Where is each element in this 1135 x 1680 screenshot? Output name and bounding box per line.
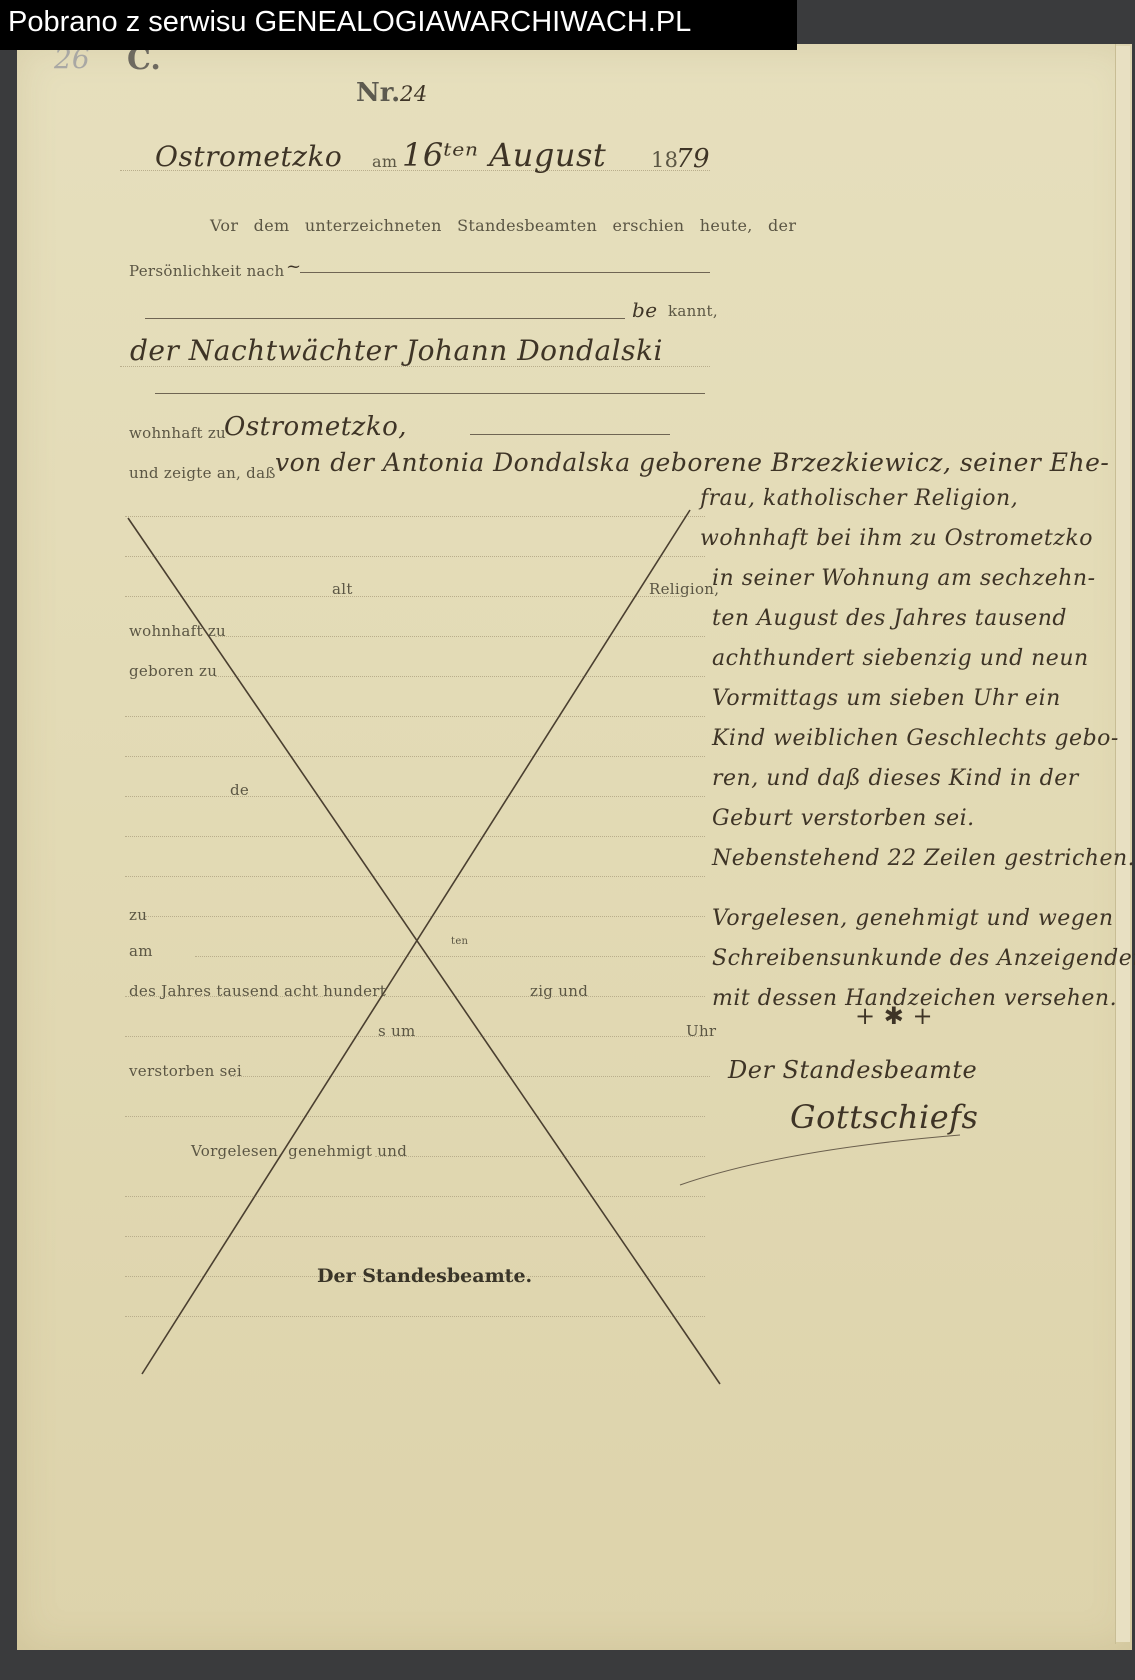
margin-note-line: Vormittags um sieben Uhr ein — [712, 686, 1061, 711]
margin-note-line: frau, katholischer Religion, — [700, 486, 1018, 511]
official-title-handwritten: Der Standesbeamte — [728, 1056, 977, 1084]
margin-note-line: Schreibensunkunde des Anzeigenden — [712, 946, 1135, 971]
margin-note-line: Nebenstehend 22 Zeilen gestrichen. — [712, 846, 1135, 871]
download-watermark: Pobrano z serwisu GENEALOGIAWARCHIWACH.P… — [0, 0, 797, 50]
margin-note-line: achthundert siebenzig und neun — [712, 646, 1089, 671]
official-signature: Gottschiefs — [790, 1098, 978, 1136]
handmarks-crosses: + ✱ + — [855, 1002, 933, 1030]
margin-note-line: ten August des Jahres tausend — [712, 606, 1067, 631]
strike-through-cross — [0, 0, 1135, 1680]
margin-note-line: wohnhaft bei ihm zu Ostrometzko — [700, 526, 1093, 551]
margin-note-line: Kind weiblichen Geschlechts gebo- — [712, 726, 1119, 751]
margin-note-line: ren, und daß dieses Kind in der — [712, 766, 1079, 791]
margin-note-line: Vorgelesen, genehmigt und wegen — [712, 906, 1114, 931]
margin-note-line: in seiner Wohnung am sechzehn- — [712, 566, 1096, 591]
margin-note-line: Geburt verstorben sei. — [712, 806, 975, 831]
